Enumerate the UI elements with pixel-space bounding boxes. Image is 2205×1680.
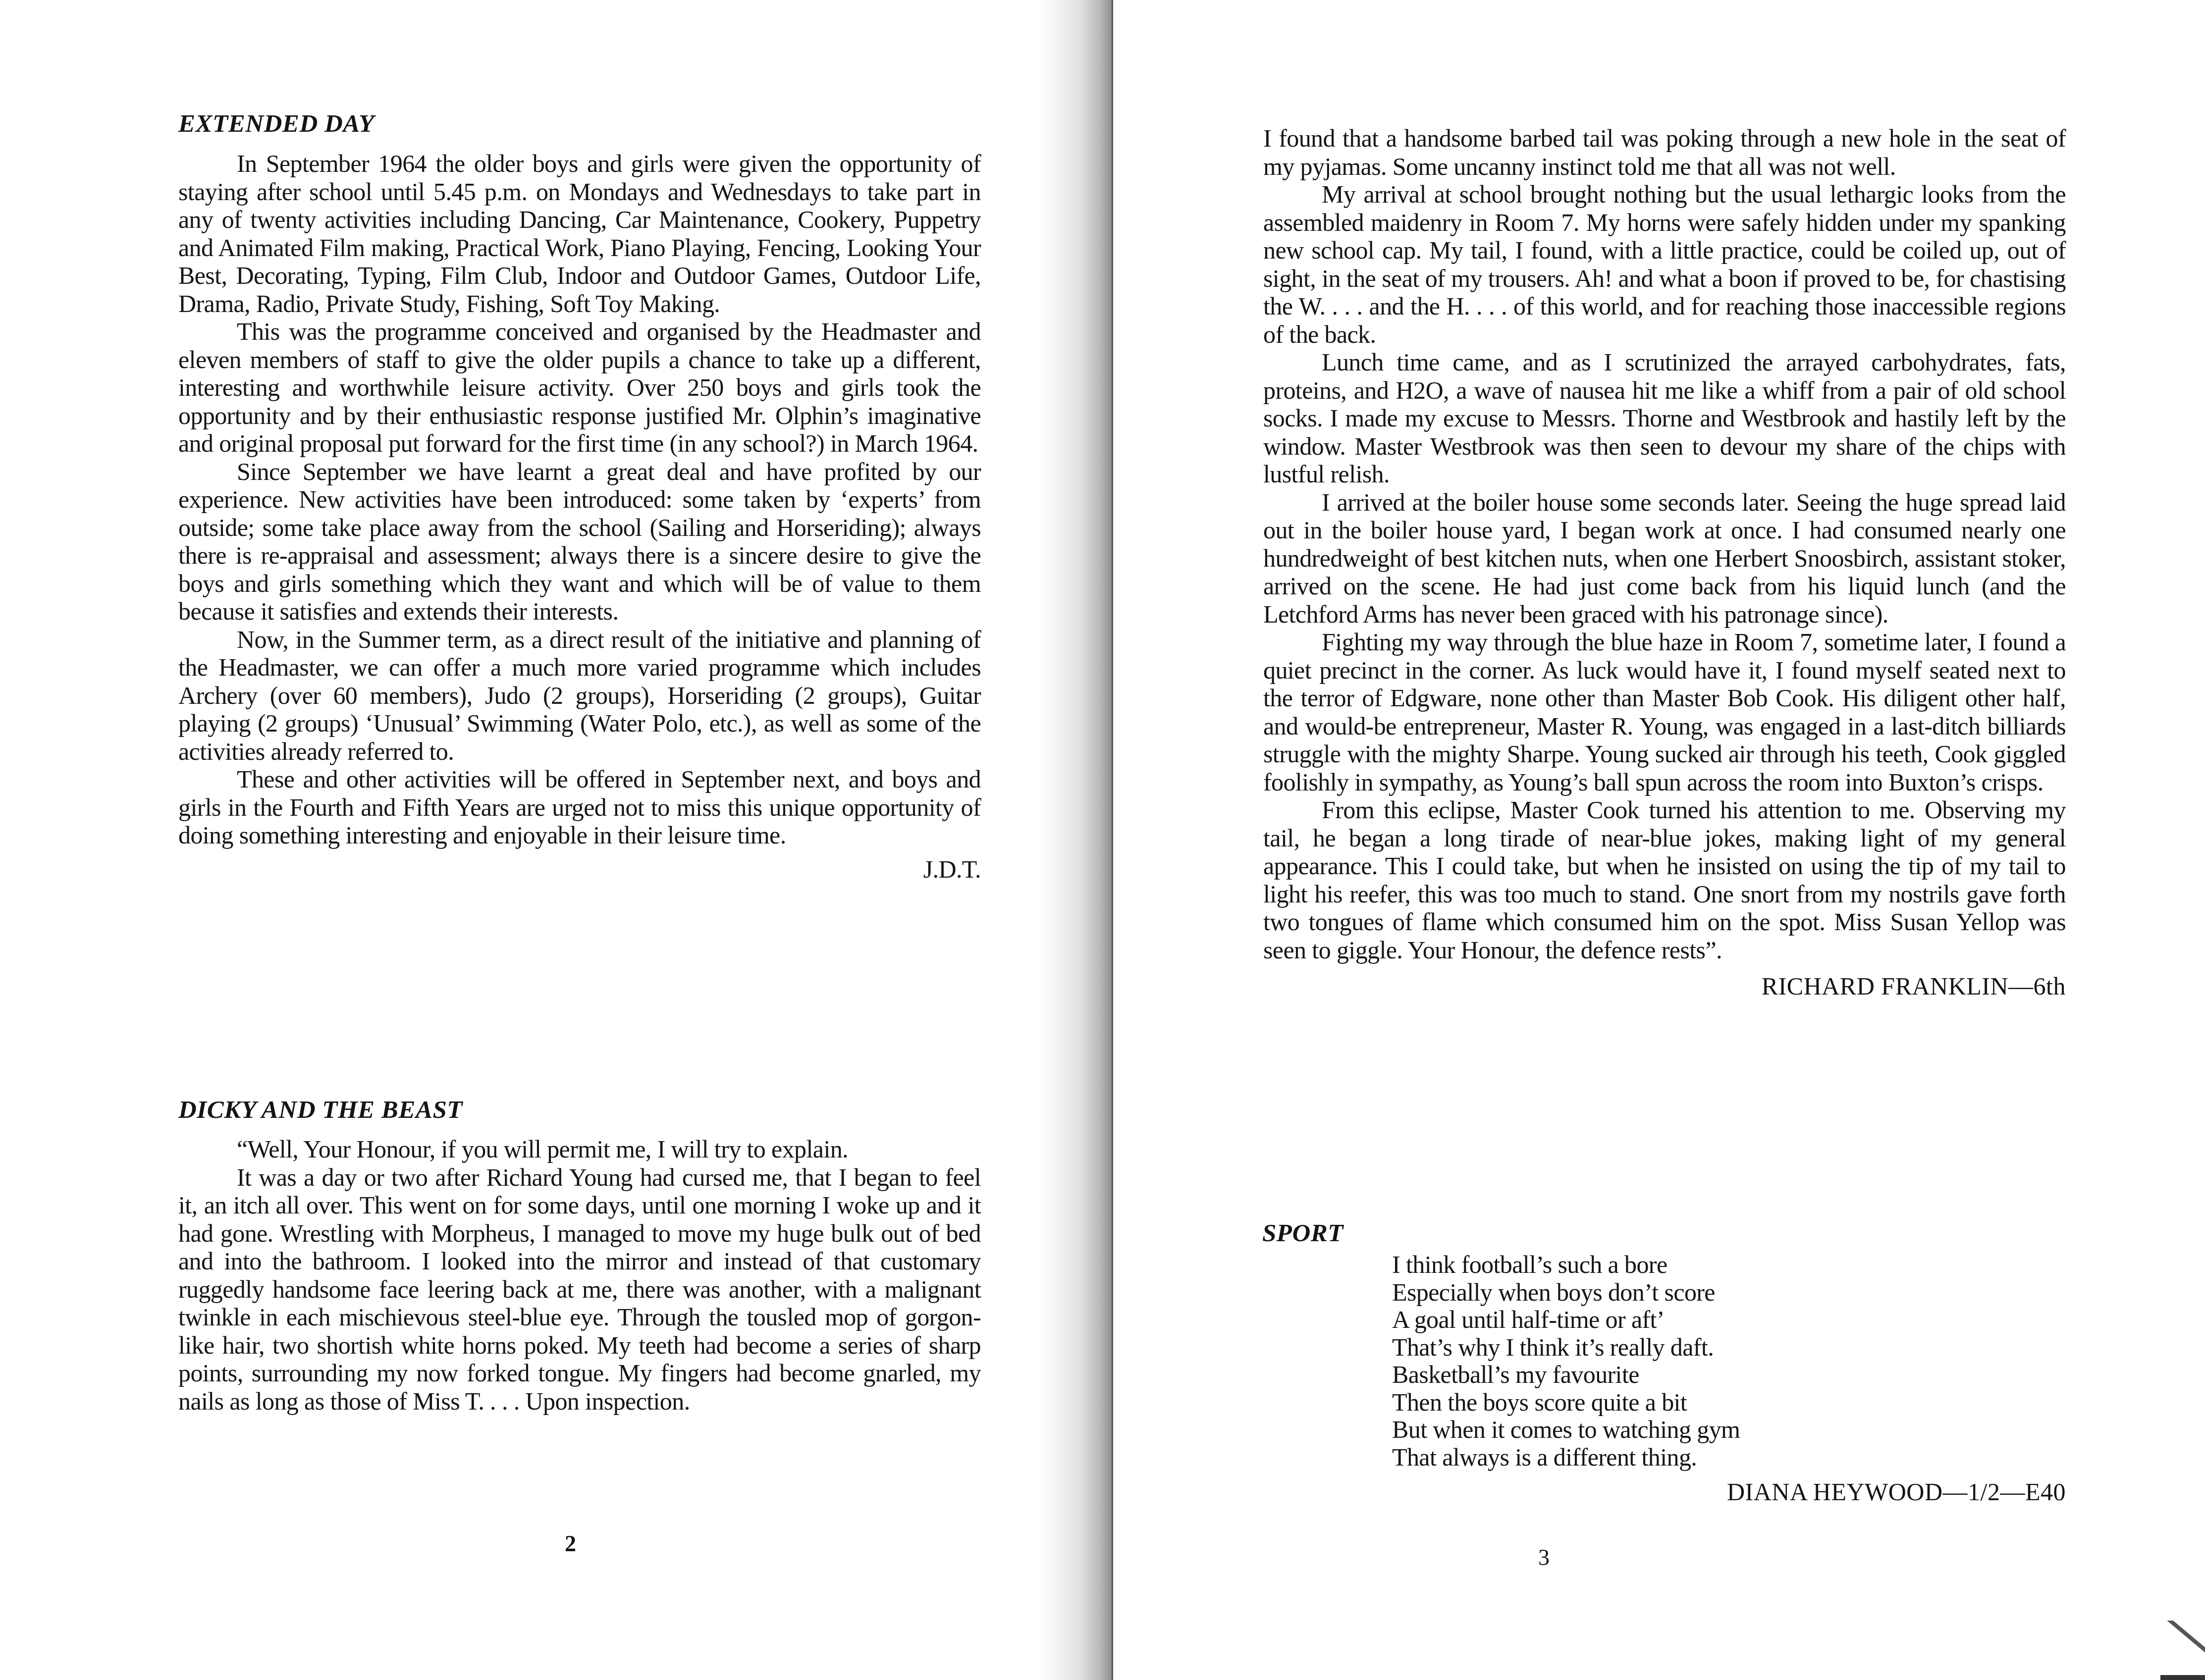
- paragraph: My arrival at school brought nothing but…: [1263, 180, 2066, 348]
- poem-line: Then the boys score quite a bit: [1392, 1389, 2075, 1417]
- paragraph: This was the programme conceived and org…: [178, 317, 981, 458]
- poem-line: A goal until half-time or aft’: [1392, 1306, 2075, 1334]
- article-extended-day: EXTENDED DAY In September 1964 the older…: [178, 110, 981, 883]
- poem-line: Especially when boys don’t score: [1392, 1279, 2075, 1307]
- poem-sport: SPORT I think football’s such a bore Esp…: [1262, 1219, 2075, 1506]
- paragraph: I arrived at the boiler house some secon…: [1263, 488, 2066, 629]
- booklet-spread: EXTENDED DAY In September 1964 the older…: [0, 0, 2205, 1680]
- poem-line: That always is a different thing.: [1392, 1444, 2075, 1471]
- poem-line: But when it comes to watching gym: [1392, 1416, 2075, 1444]
- author-signature: RICHARD FRANKLIN—6th: [1263, 972, 2066, 1000]
- paragraph: From this eclipse, Master Cook turned hi…: [1263, 796, 2066, 964]
- poem-line: Basketball’s my favourite: [1392, 1361, 2075, 1389]
- author-signature: J.D.T.: [178, 855, 981, 884]
- paragraph: Lunch time came, and as I scrutinized th…: [1263, 348, 2066, 488]
- article-dicky-continued: I found that a handsome barbed tail was …: [1263, 124, 2066, 1000]
- paragraph: In September 1964 the older boys and gir…: [178, 150, 981, 317]
- paragraph: Since September we have learnt a great d…: [178, 458, 981, 626]
- staple-corner-mark: [2160, 1621, 2205, 1680]
- poem-line: I think football’s such a bore: [1392, 1251, 2075, 1279]
- binding-shadow: [1040, 0, 1113, 1680]
- poem-title: SPORT: [1262, 1219, 2075, 1247]
- paragraph: These and other activities will be offer…: [178, 765, 981, 849]
- page-number-right: 3: [1538, 1544, 1550, 1571]
- article-title: EXTENDED DAY: [178, 110, 981, 138]
- poem-line: That’s why I think it’s really daft.: [1392, 1334, 2075, 1362]
- binding-fold: [1112, 0, 1113, 1680]
- paragraph: Fighting my way through the blue haze in…: [1263, 628, 2066, 796]
- paragraph: Now, in the Summer term, as a direct res…: [178, 626, 981, 766]
- poem-body: I think football’s such a bore Especiall…: [1392, 1251, 2075, 1471]
- paragraph: I found that a handsome barbed tail was …: [1263, 124, 2066, 180]
- paragraph: “Well, Your Honour, if you will permit m…: [178, 1135, 981, 1163]
- article-title: DICKY AND THE BEAST: [178, 1096, 981, 1124]
- page-number-left: 2: [565, 1530, 576, 1557]
- author-signature: DIANA HEYWOOD—1/2—E40: [1262, 1478, 2066, 1506]
- paragraph: It was a day or two after Richard Young …: [178, 1163, 981, 1416]
- article-dicky-and-the-beast: DICKY AND THE BEAST “Well, Your Honour, …: [178, 1096, 981, 1415]
